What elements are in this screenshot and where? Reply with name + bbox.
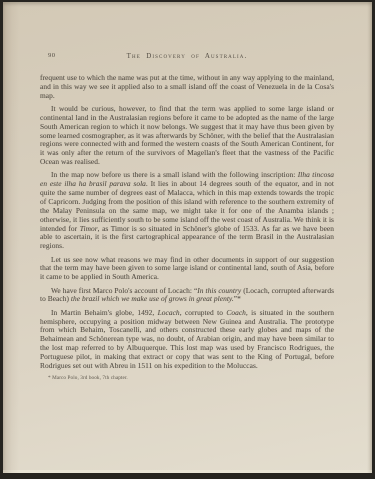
footnote: * Marco Polo, 3rd book, 7th chapter. <box>48 375 334 381</box>
text-block: frequent use to which the name was put a… <box>40 74 334 371</box>
book-page: 90 The Discovery of Australia. frequent … <box>3 2 372 473</box>
page-header: 90 The Discovery of Australia. <box>40 52 334 61</box>
page-content: 90 The Discovery of Australia. frequent … <box>3 52 372 381</box>
paragraph: Let us see now what reasons we may find … <box>40 256 334 283</box>
paragraph: In the map now before us there is a smal… <box>40 171 334 251</box>
page-number: 90 <box>48 52 56 59</box>
paragraph: It would be curious, however, to find th… <box>40 105 334 167</box>
scan-background: { "page": { "number": "90", "running_tit… <box>0 0 375 479</box>
running-title: The Discovery of Australia. <box>40 52 334 60</box>
paragraph: In Martin Behaim's globe, 1492, Locach, … <box>40 309 334 371</box>
paragraph: We have first Marco Polo's account of Lo… <box>40 287 334 305</box>
paragraph: frequent use to which the name was put a… <box>40 74 334 101</box>
